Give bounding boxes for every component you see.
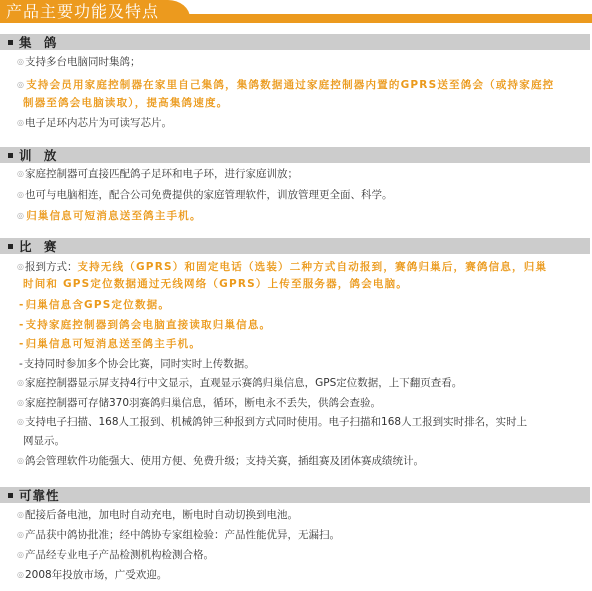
list-item-continuation: 时间和 GPS定位数据通过无线网络（GPRS）上传至服务器，鸽会电脑。 bbox=[23, 277, 408, 291]
circle-bullet-icon: ◎ bbox=[17, 570, 24, 579]
circle-bullet-icon: ◎ bbox=[17, 118, 24, 127]
list-item: ◎配接后备电池，加电时自动充电，断电时自动切换到电池。 bbox=[17, 508, 298, 522]
circle-bullet-icon: ◎ bbox=[17, 417, 24, 426]
list-item-highlight: ◎归巢信息可短消息送至鸽主手机。 bbox=[17, 209, 202, 223]
list-item: ◎支持电子扫描、168人工报到、机械鸽钟三种报到方式同时使用。电子扫描和168人… bbox=[17, 415, 527, 429]
list-item: ◎支持多台电脑同时集鸽； bbox=[17, 55, 140, 69]
circle-bullet-icon: ◎ bbox=[17, 378, 24, 387]
page-title: 产品主要功能及特点 bbox=[6, 1, 159, 23]
list-item: ◎产品获中鸽协批准；经中鸽协专家组检验：产品性能优异，无漏扫。 bbox=[17, 528, 340, 542]
list-item: ◎也可与电脑相连，配合公司免费提供的家庭管理软件，训放管理更全面、科学。 bbox=[17, 188, 392, 202]
list-item-highlight: -归巢信息含GPS定位数据。 bbox=[19, 298, 170, 312]
list-item: ◎报到方式：支持无线（GPRS）和固定电话（选装）二种方式自动报到，赛鸽归巢后，… bbox=[17, 260, 547, 274]
list-item: ◎家庭控制器显示屏支持4行中文显示，直观显示赛鸽归巢信息，GPS定位数据，上下翻… bbox=[17, 376, 462, 390]
list-item-highlight: -支持家庭控制器到鸽会电脑直接读取归巢信息。 bbox=[19, 318, 271, 332]
list-item-highlight: -归巢信息可短消息送至鸽主手机。 bbox=[19, 337, 201, 351]
list-item-highlight: ◎支持会员用家庭控制器在家里自己集鸽，集鸽数据通过家庭控制器内置的GPRS送至鸽… bbox=[17, 78, 554, 92]
square-bullet-icon bbox=[8, 40, 13, 45]
list-item: -支持同时参加多个协会比赛，同时实时上传数据。 bbox=[19, 357, 255, 371]
list-item: ◎电子足环内芯片为可读写芯片。 bbox=[17, 116, 172, 130]
section-title: 训 放 bbox=[19, 146, 60, 164]
list-item: ◎产品经专业电子产品检测机构检测合格。 bbox=[17, 548, 214, 562]
circle-bullet-icon: ◎ bbox=[17, 456, 24, 465]
circle-bullet-icon: ◎ bbox=[17, 169, 24, 178]
circle-bullet-icon: ◎ bbox=[17, 57, 24, 66]
circle-bullet-icon: ◎ bbox=[17, 190, 24, 199]
circle-bullet-icon: ◎ bbox=[17, 530, 24, 539]
section-header-training: 训 放 bbox=[0, 147, 590, 163]
list-item: ◎2008年投放市场，广受欢迎。 bbox=[17, 568, 167, 582]
circle-bullet-icon: ◎ bbox=[17, 262, 24, 271]
list-item: ◎家庭控制器可存储370羽赛鸽归巢信息，循环，断电永不丢失，供鸽会查验。 bbox=[17, 396, 381, 410]
list-item-continuation: 制器至鸽会电脑读取），提高集鸽速度。 bbox=[23, 96, 228, 110]
list-item: ◎鸽会管理软件功能强大、使用方便、免费升级；支持关赛，插组赛及团体赛成绩统计。 bbox=[17, 454, 424, 468]
section-title: 可靠性 bbox=[19, 486, 60, 504]
section-header-collect: 集 鸽 bbox=[0, 34, 590, 50]
circle-bullet-icon: ◎ bbox=[17, 211, 25, 220]
list-item: ◎家庭控制器可直接匹配鸽子足环和电子环，进行家庭训放； bbox=[17, 167, 298, 181]
circle-bullet-icon: ◎ bbox=[17, 510, 24, 519]
section-header-race: 比 赛 bbox=[0, 238, 590, 254]
section-title: 比 赛 bbox=[19, 237, 60, 255]
section-title: 集 鸽 bbox=[19, 33, 60, 51]
square-bullet-icon bbox=[8, 244, 13, 249]
header-tab: 产品主要功能及特点 bbox=[0, 0, 190, 23]
circle-bullet-icon: ◎ bbox=[17, 80, 25, 89]
square-bullet-icon bbox=[8, 153, 13, 158]
page-header: 产品主要功能及特点 bbox=[0, 0, 592, 26]
section-header-reliability: 可靠性 bbox=[0, 487, 590, 503]
list-item-continuation: 网显示。 bbox=[23, 434, 65, 448]
circle-bullet-icon: ◎ bbox=[17, 550, 24, 559]
circle-bullet-icon: ◎ bbox=[17, 398, 24, 407]
square-bullet-icon bbox=[8, 493, 13, 498]
